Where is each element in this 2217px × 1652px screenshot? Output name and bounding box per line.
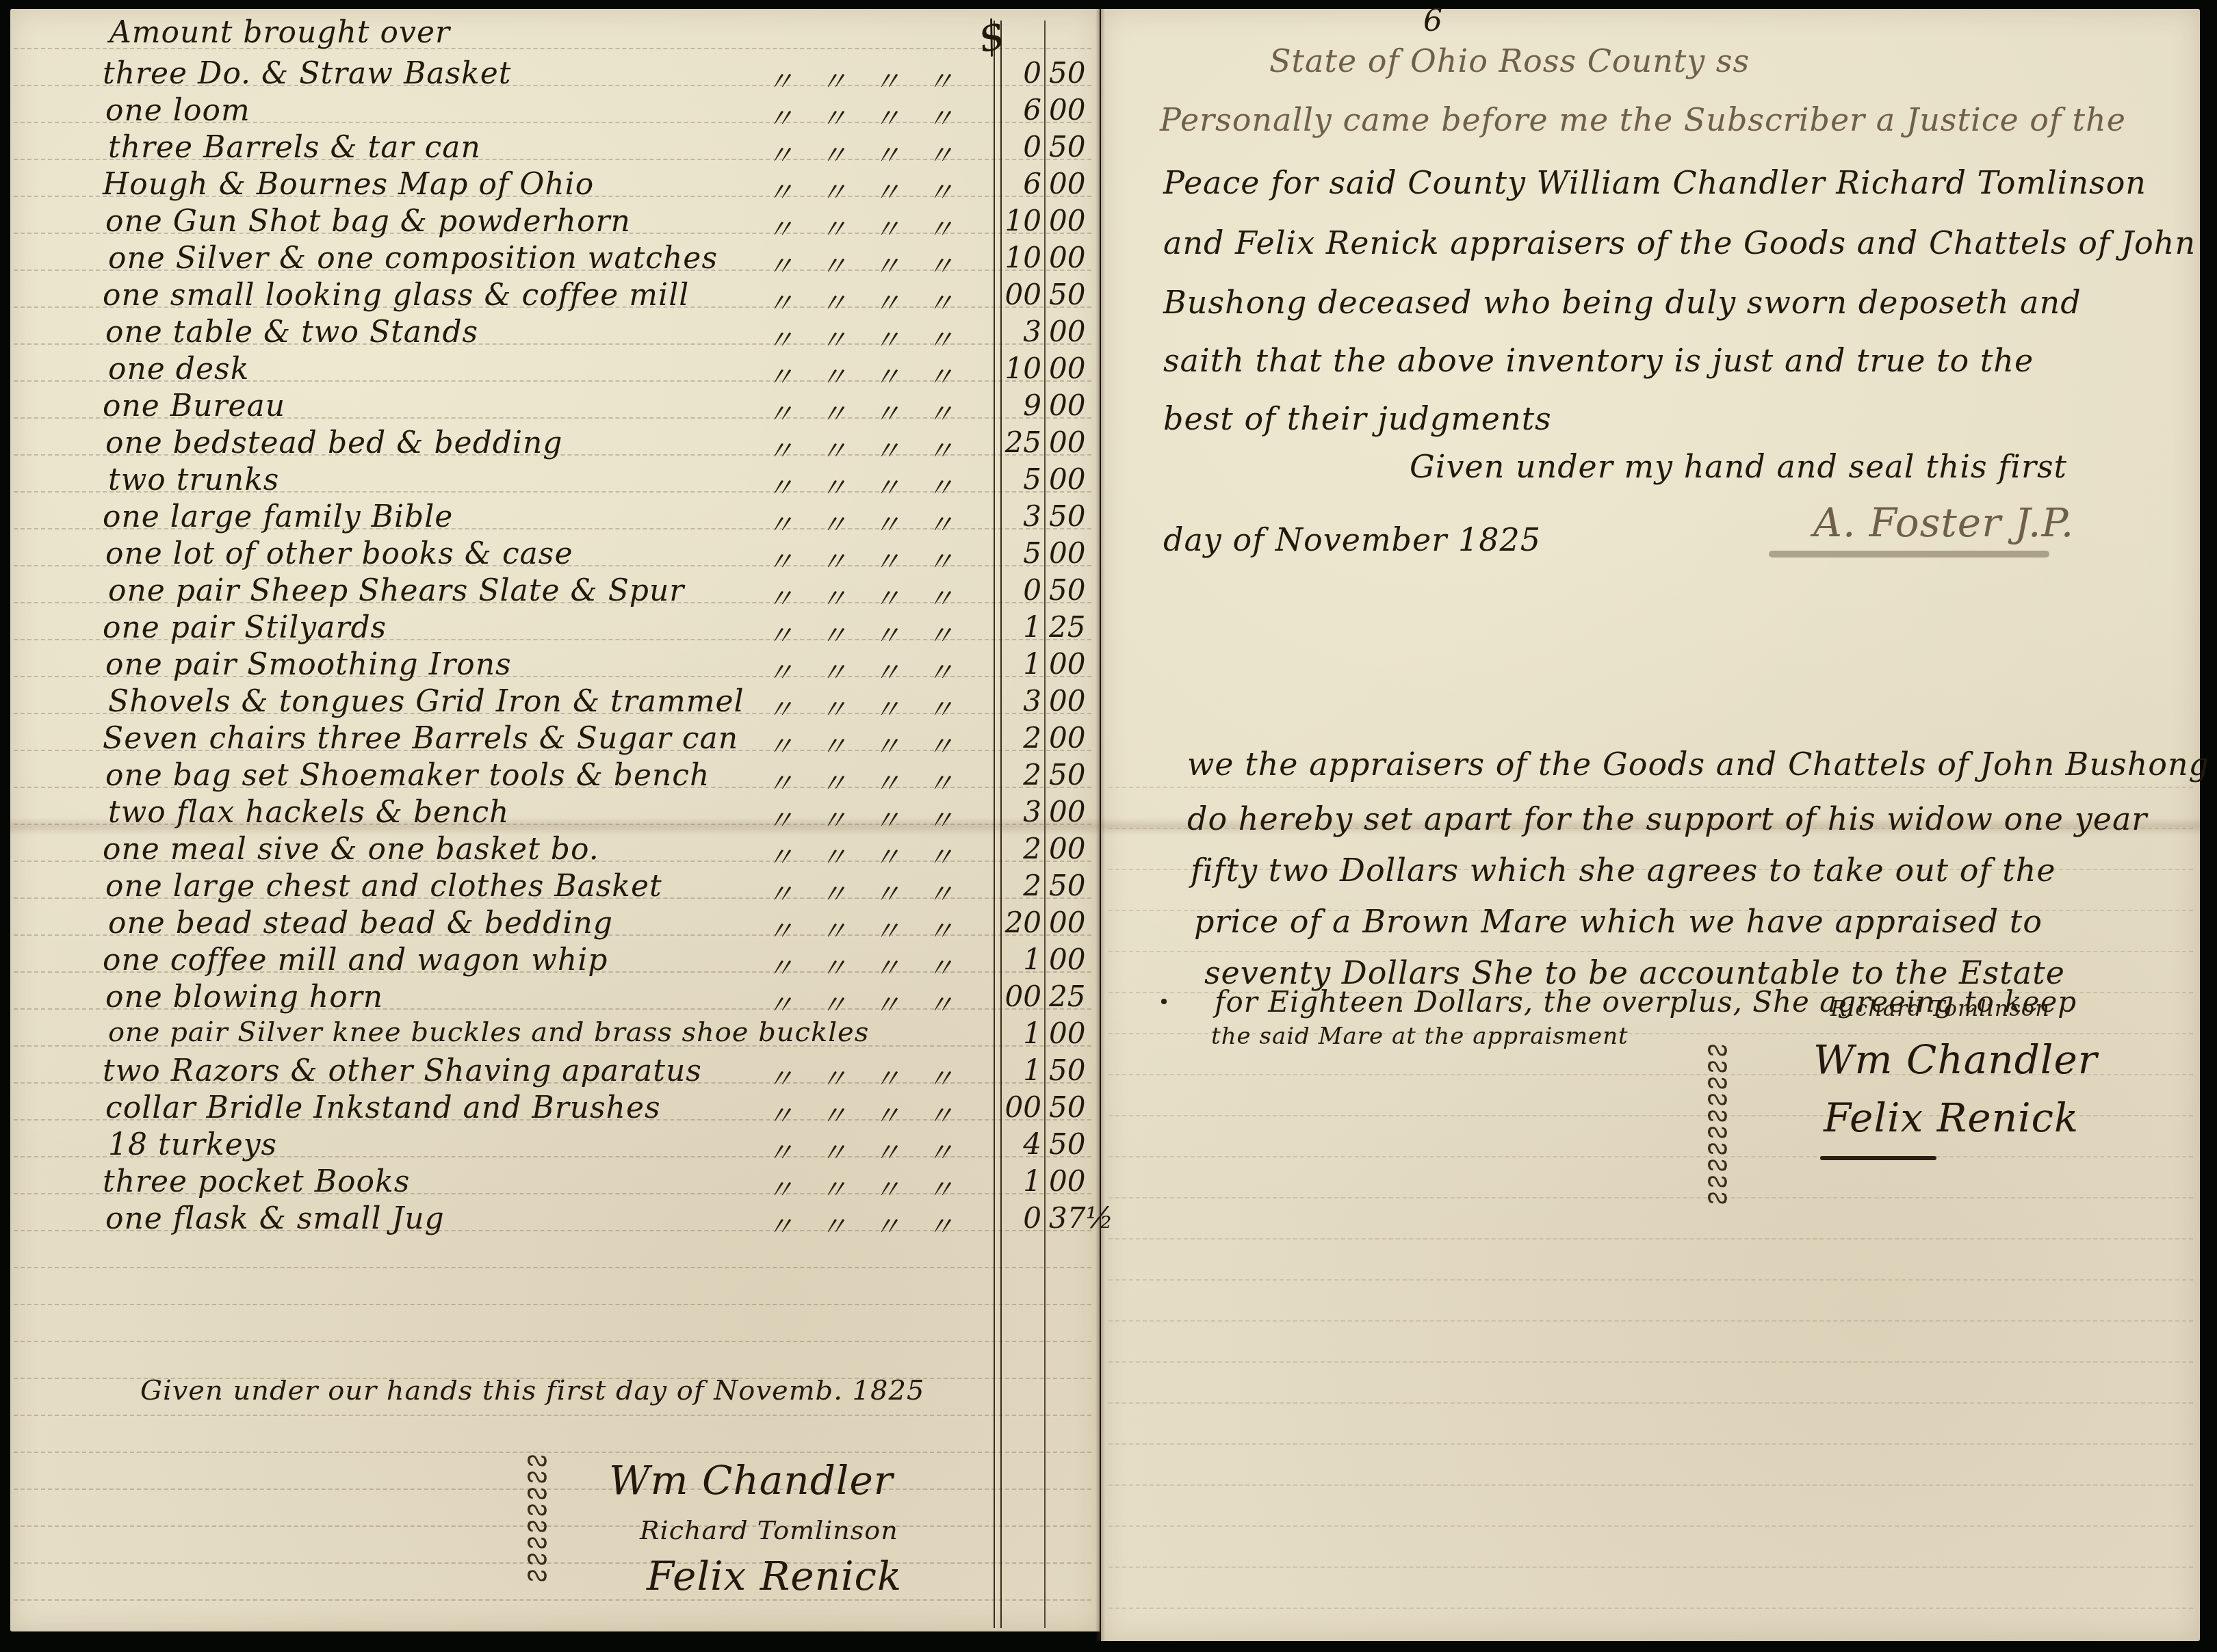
ruled-line [1108, 1608, 2193, 1609]
ruled-line [1108, 1443, 2193, 1445]
item-dollars: 0 [1000, 573, 1041, 607]
ditto-marks: 〃〃〃〃 [766, 799, 980, 838]
ruled-line [1108, 1320, 2193, 1322]
item-cents: 00 [1049, 204, 1097, 237]
item-cents: 00 [1049, 647, 1097, 681]
page-mark: 6 [1423, 3, 1443, 38]
seal-squiggle-right: ᔓ ᔓ ᔓ ᔓ ᔓ ᔓ ᔓ ᔓ ᔓ ᔓ [1700, 1040, 1735, 1204]
item-cents: 00 [1049, 462, 1097, 496]
ditto-marks: 〃〃〃〃 [766, 171, 980, 210]
item-description: one Gun Shot bag & powderhorn [105, 204, 631, 239]
item-dollars: 00 [1000, 980, 1041, 1013]
item-description: one meal sive & one basket bo. [103, 832, 599, 867]
item-description: one table & two Stands [105, 315, 478, 350]
ditto-marks: 〃〃〃〃 [766, 762, 980, 801]
item-description: collar Bridle Inkstand and Brushes [105, 1090, 661, 1125]
jurat-date: day of November 1825 [1163, 521, 1541, 558]
item-cents: 00 [1049, 241, 1097, 274]
ditto-marks: 〃〃〃〃 [766, 540, 980, 579]
affidavit-line-6: best of their judgments [1163, 400, 1552, 437]
ditto-marks: 〃〃〃〃 [766, 873, 980, 912]
ditto-marks: 〃〃〃〃 [766, 208, 980, 247]
item-cents: 50 [1049, 499, 1097, 533]
ruled-line [1108, 1361, 2193, 1363]
justice-signature: A. Foster J.P. [1813, 499, 2074, 546]
item-description: one desk [108, 352, 249, 386]
item-description: two flax hackels & bench [108, 795, 509, 830]
widow-line-2: do hereby set apart for the support of h… [1187, 800, 2147, 837]
seal-squiggle-left: ᔓ ᔓ ᔓ ᔓ ᔓ ᔓ ᔓ ᔓ [520, 1450, 554, 1582]
ditto-marks: 〃〃〃〃 [766, 282, 980, 321]
item-dollars: 6 [1000, 93, 1041, 127]
ditto-marks: 〃〃〃〃 [766, 577, 980, 616]
ditto-marks: 〃〃〃〃 [766, 134, 980, 173]
item-dollars: 1 [1000, 943, 1041, 976]
jurat-line: Given under my hand and seal this first [1410, 448, 2067, 485]
venue-heading: State of Ohio Ross County ss [1269, 42, 1750, 79]
ditto-marks: 〃〃〃〃 [766, 1168, 980, 1207]
ditto-marks: 〃〃〃〃 [766, 1058, 980, 1097]
item-dollars: 20 [1000, 906, 1041, 939]
item-dollars: 10 [1000, 241, 1041, 274]
ruled-line [1108, 1525, 2193, 1527]
ruled-line [14, 1304, 1091, 1305]
item-cents: 00 [1049, 425, 1097, 459]
ruled-line [1108, 1279, 2193, 1281]
item-description: Shovels & tongues Grid Iron & trammel [108, 684, 744, 719]
signature-wm-chandler-right: Wm Chandler [1813, 1036, 2097, 1083]
item-cents: 37½ [1049, 1201, 1097, 1235]
item-description: two trunks [108, 462, 279, 497]
ditto-marks: 〃〃〃〃 [766, 393, 980, 432]
item-description: one bedstead bed & bedding [105, 425, 563, 460]
ruled-line [1108, 1156, 2193, 1157]
ditto-marks: 〃〃〃〃 [766, 688, 980, 727]
ruled-line [1108, 1402, 2193, 1404]
item-description: three Barrels & tar can [108, 130, 481, 165]
item-dollars: 6 [1000, 167, 1041, 200]
item-dollars: 1 [1000, 610, 1041, 644]
item-dollars: 3 [1000, 499, 1041, 533]
item-cents: 00 [1049, 1164, 1097, 1198]
ruled-line [14, 1341, 1091, 1342]
item-description: one small looking glass & coffee mill [103, 278, 689, 313]
item-description: Hough & Bournes Map of Ohio [103, 167, 594, 202]
item-cents: 00 [1049, 1017, 1097, 1050]
signature-richard-tomlinson-left: Richard Tomlinson [640, 1515, 898, 1545]
ditto-marks: 〃〃〃〃 [766, 97, 980, 136]
ditto-marks: 〃〃〃〃 [766, 503, 980, 542]
item-description: two Razors & other Shaving aparatus [103, 1053, 702, 1088]
item-description: one blowing horn [105, 980, 383, 1014]
ruled-line [14, 1599, 1091, 1601]
affidavit-line-2: Peace for said County William Chandler R… [1163, 164, 2147, 201]
ditto-marks: 〃〃〃〃 [766, 947, 980, 986]
ruled-line [1108, 787, 2193, 788]
item-dollars: 0 [1000, 56, 1041, 90]
affidavit-line-5: saith that the above inventory is just a… [1163, 342, 2034, 379]
item-cents: 00 [1049, 795, 1097, 828]
signature-felix-renick-right: Felix Renick [1824, 1094, 2079, 1141]
item-cents: 00 [1049, 167, 1097, 200]
ditto-marks: 〃〃〃〃 [766, 725, 980, 764]
ruled-line [1108, 1484, 2193, 1486]
item-cents: 25 [1049, 610, 1097, 644]
item-cents: 50 [1049, 758, 1097, 791]
item-description: one pair Silver knee buckles and brass s… [108, 1017, 869, 1048]
item-dollars: 9 [1000, 389, 1041, 422]
item-cents: 50 [1049, 573, 1097, 607]
item-dollars: 3 [1000, 795, 1041, 828]
item-cents: 00 [1049, 352, 1097, 385]
ditto-marks: 〃〃〃〃 [766, 836, 980, 875]
item-cents: 00 [1049, 721, 1097, 755]
item-dollars: 25 [1000, 425, 1041, 459]
item-description: 18 turkeys [108, 1127, 277, 1162]
ruled-line [14, 1267, 1091, 1268]
item-description: one pair Smoothing Irons [105, 647, 512, 682]
item-dollars: 00 [1000, 278, 1041, 311]
item-cents: 00 [1049, 389, 1097, 422]
dollar-column-line-outer [994, 21, 995, 1628]
ditto-marks: 〃〃〃〃 [766, 651, 980, 690]
item-description: one large chest and clothes Basket [105, 869, 662, 904]
item-description: three Do. & Straw Basket [103, 56, 512, 91]
ruled-line [1108, 1197, 2193, 1198]
item-description: one coffee mill and wagon whip [103, 943, 608, 978]
item-description: one loom [105, 93, 250, 128]
item-description: one lot of other books & case [105, 536, 573, 571]
item-dollars: 0 [1000, 130, 1041, 163]
item-dollars: 10 [1000, 204, 1041, 237]
cents-column-line [1044, 21, 1046, 1628]
signature-underline [1820, 1156, 1936, 1160]
ditto-marks: 〃〃〃〃 [766, 319, 980, 358]
signature-wm-chandler-left: Wm Chandler [609, 1457, 893, 1504]
item-dollars: 0 [1000, 1201, 1041, 1235]
item-description: one flask & small Jug [105, 1201, 445, 1236]
ruled-line [1108, 1566, 2193, 1568]
ditto-marks: 〃〃〃〃 [766, 1094, 980, 1133]
item-cents: 00 [1049, 315, 1097, 348]
item-cents: 50 [1049, 869, 1097, 902]
item-description: one pair Sheep Shears Slate & Spur [108, 573, 684, 608]
item-description: one pair Stilyards [103, 610, 387, 645]
item-dollars: 3 [1000, 315, 1041, 348]
item-cents: 00 [1049, 906, 1097, 939]
margin-mark [1161, 999, 1167, 1004]
item-cents: 50 [1049, 130, 1097, 163]
widow-line-1: we the appraisers of the Goods and Chatt… [1187, 746, 2209, 783]
item-description: one bead stead bead & bedding [108, 906, 613, 941]
left-closing-statement: Given under our hands this first day of … [140, 1375, 924, 1406]
item-cents: 50 [1049, 56, 1097, 90]
affidavit-line-3: and Felix Renick appraisers of the Goods… [1163, 224, 2196, 261]
item-dollars: 4 [1000, 1127, 1041, 1161]
ditto-marks: 〃〃〃〃 [766, 910, 980, 949]
item-cents: 00 [1049, 684, 1097, 718]
item-cents: 00 [1049, 943, 1097, 976]
affidavit-line-1: Personally came before me the Subscriber… [1160, 101, 2126, 138]
item-description: one bag set Shoemaker tools & bench [105, 758, 710, 793]
item-description: one large family Bible [103, 499, 453, 534]
item-dollars: 5 [1000, 536, 1041, 570]
item-cents: 50 [1049, 1127, 1097, 1161]
signature-felix-renick-left: Felix Renick [647, 1553, 902, 1599]
ditto-marks: 〃〃〃〃 [766, 245, 980, 284]
item-dollars: 10 [1000, 352, 1041, 385]
item-cents: 00 [1049, 93, 1097, 127]
signature-richard-tomlinson-right: Richard Tomlinson [1830, 995, 2050, 1021]
ditto-marks: 〃〃〃〃 [766, 430, 980, 469]
item-dollars: 1 [1000, 647, 1041, 681]
item-description: one Bureau [103, 389, 285, 423]
item-description: three pocket Books [103, 1164, 410, 1199]
item-cents: 50 [1049, 1053, 1097, 1087]
item-cents: 50 [1049, 1090, 1097, 1124]
affidavit-line-4: Bushong deceased who being duly sworn de… [1163, 284, 2082, 321]
widow-line-3: fifty two Dollars which she agrees to ta… [1191, 852, 2056, 889]
ditto-marks: 〃〃〃〃 [766, 1131, 980, 1170]
ditto-marks: 〃〃〃〃 [766, 467, 980, 506]
item-cents: 50 [1049, 278, 1097, 311]
item-dollars: 1 [1000, 1053, 1041, 1087]
item-cents: 00 [1049, 832, 1097, 865]
item-cents: 00 [1049, 536, 1097, 570]
item-dollars: 00 [1000, 1090, 1041, 1124]
item-dollars: 2 [1000, 721, 1041, 755]
ditto-marks: 〃〃〃〃 [766, 356, 980, 395]
ditto-marks: 〃〃〃〃 [766, 1205, 980, 1244]
item-dollars: 1 [1000, 1017, 1041, 1050]
ditto-marks: 〃〃〃〃 [766, 614, 980, 653]
ruled-line [14, 1415, 1091, 1416]
item-dollars: 2 [1000, 832, 1041, 865]
item-dollars: 5 [1000, 462, 1041, 496]
widow-line-7: the said Mare at the appraisment [1211, 1023, 1629, 1050]
page-fold [1095, 9, 1105, 1641]
ditto-marks: 〃〃〃〃 [766, 60, 980, 99]
item-description: Seven chairs three Barrels & Sugar can [103, 721, 738, 756]
item-cents: 25 [1049, 980, 1097, 1013]
item-dollars: 2 [1000, 869, 1041, 902]
item-dollars: 3 [1000, 684, 1041, 718]
widow-line-4: price of a Brown Mare which we have appr… [1194, 903, 2043, 940]
amount-brought-over-header: Amount brought over [109, 15, 450, 50]
item-description: one Silver & one composition watches [108, 241, 718, 276]
item-dollars: 1 [1000, 1164, 1041, 1198]
signature-smudge [1769, 551, 2049, 558]
ruled-line [1108, 951, 2193, 952]
ruled-line [1108, 1238, 2193, 1240]
item-dollars: 2 [1000, 758, 1041, 791]
